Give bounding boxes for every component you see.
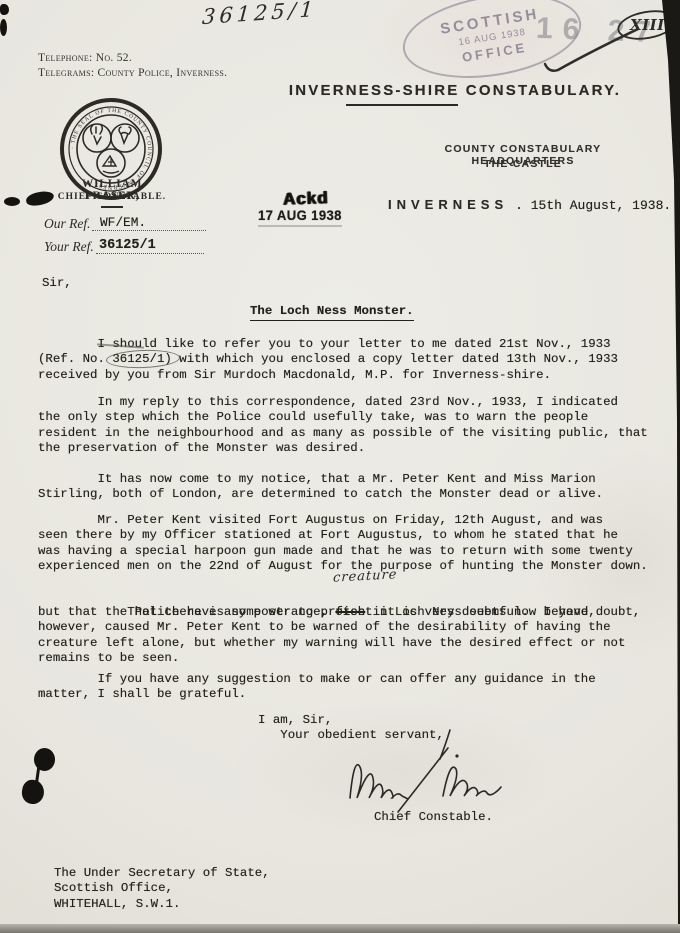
paragraph-5-rest: but that the Police have any power to pr…: [38, 605, 625, 666]
ack-stamp-word: Ackd: [283, 188, 329, 210]
our-ref-label: Our Ref.: [44, 216, 91, 232]
title-underline: [346, 104, 458, 106]
chief-constable-title-letterhead: CHIEF CONSTABLE.: [56, 192, 168, 202]
scan-edge-bottom: [0, 924, 680, 933]
paragraph-2: In my reply to this correspondence, date…: [38, 395, 648, 456]
subject-heading: The Loch Ness Monster.: [250, 304, 414, 321]
ink-blot-part: [25, 190, 55, 207]
recipient-address: The Under Secretary of State, Scottish O…: [54, 866, 270, 912]
ink-blot-left: [4, 190, 58, 208]
signer-title: Chief Constable.: [374, 810, 493, 825]
telephone-line: Telephone: No. 52.: [38, 52, 132, 64]
letter-scan: 36125/1 SCOTTISH 16 AUG 1938 OFFICE 16 2…: [0, 0, 680, 933]
your-ref-label: Your Ref.: [44, 239, 94, 255]
signature-william-fraser: [325, 726, 555, 821]
title-small-underline: [101, 206, 123, 208]
constabulary-title: INVERNESS-SHIRE CONSTABULARY.: [248, 82, 662, 99]
your-ref-value: 36125/1: [99, 238, 156, 253]
ink-blot-lower-left: [22, 746, 62, 808]
castle-line: THE CASTLE: [392, 158, 654, 170]
paragraph-6: If you have any suggestion to make or ca…: [38, 672, 596, 703]
paragraph-4: Mr. Peter Kent visited Fort Augustus on …: [38, 513, 648, 574]
telegrams-line: Telegrams: County Police, Inverness.: [38, 67, 227, 79]
ink-blot-part: [20, 778, 46, 805]
letter-date: . 15th August, 1938.: [515, 198, 671, 213]
our-ref-value: WF/EM.: [100, 215, 146, 230]
paragraph-3: It has now come to my notice, that a Mr.…: [38, 472, 603, 503]
ack-stamp-date: 17 AUG 1938: [258, 208, 342, 223]
salutation: Sir,: [42, 276, 72, 291]
place-date-line: INVERNESS . 15th August, 1938.: [388, 197, 671, 213]
place-name: INVERNESS: [388, 197, 508, 212]
ack-stamp-smear: [258, 225, 342, 227]
ink-blot-part: [4, 197, 20, 206]
